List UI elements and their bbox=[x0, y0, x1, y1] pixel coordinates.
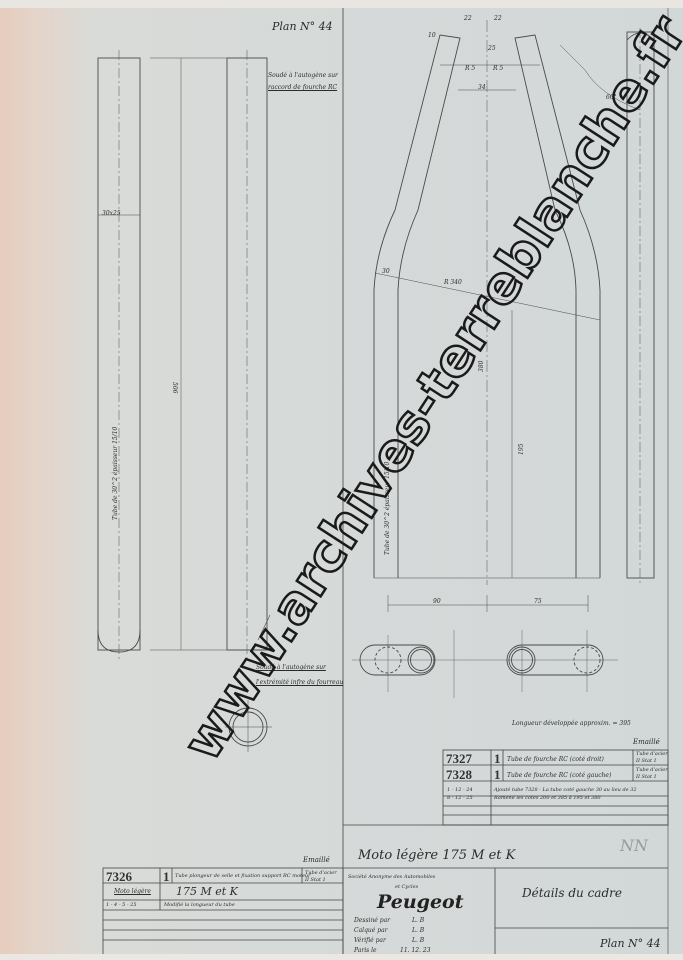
part-material-7328-2: II Stat 1 bbox=[636, 774, 657, 780]
part-qty-7326: 1 bbox=[163, 869, 170, 885]
checked-by-label: Vérifié par bbox=[354, 937, 386, 944]
part-material-7326-1: Tube d'acier bbox=[305, 870, 337, 876]
revision-date-1: 1 - 12 - 24 bbox=[447, 787, 473, 793]
initials-mark: NN bbox=[620, 836, 648, 855]
dim-radius-small-right: R 5 bbox=[493, 65, 503, 72]
traced-by-label: Calqué par bbox=[354, 927, 388, 934]
part-desc-7327: Tube de fourche RC (coté droit) bbox=[507, 756, 604, 763]
dim-side: 10 bbox=[428, 32, 436, 39]
date-label: Paris le bbox=[354, 947, 377, 954]
tube-spec-left: Tube de 30^2 épaisseur 15/10 bbox=[112, 427, 119, 520]
model-label-left: Moto légère bbox=[114, 888, 151, 895]
company-line1: Société Anonyme des Automobiles bbox=[348, 874, 435, 880]
revision-date-2: 8 - 12 - 25 bbox=[447, 795, 473, 801]
plan-number-text: Plan N° 44 bbox=[272, 20, 333, 33]
part-qty-7327: 1 bbox=[494, 751, 501, 767]
dim-width-left: 30x25 bbox=[102, 210, 121, 217]
dim-base-left: 90 bbox=[433, 598, 441, 605]
dim-lower: 195 bbox=[518, 444, 525, 455]
project-title: Moto légère 175 M et K bbox=[358, 848, 515, 863]
revision-note-1: Ajouté tube 7328 - La tube coté gauche 3… bbox=[494, 787, 637, 793]
drawn-by-label: Dessiné par bbox=[354, 917, 390, 924]
dim-radius-small-left: R 5 bbox=[465, 65, 475, 72]
dim-angle-len: 25 bbox=[488, 45, 496, 52]
weld-note-top-line1: Soudé à l'autogène sur bbox=[268, 72, 338, 79]
part-desc-7326: Tube plongeur de selle et fixation suppo… bbox=[175, 873, 311, 879]
part-material-7328-1: Tube d'acier bbox=[636, 767, 668, 773]
finish-header-right: Emaillé bbox=[633, 738, 660, 746]
part-desc-7328: Tube de fourche RC (coté gauche) bbox=[507, 772, 611, 779]
part-ref-7327: 7327 bbox=[446, 751, 472, 767]
brand-logo: Peugeot bbox=[377, 891, 464, 913]
weld-note-top-line2: raccord de fourche RC bbox=[268, 84, 337, 91]
traced-by-value: L. B bbox=[412, 927, 424, 934]
dim-top-right: 22 bbox=[494, 15, 502, 22]
company-line2: et Cycles bbox=[395, 884, 418, 890]
date-value: 11. 12. 23 bbox=[400, 947, 431, 954]
drawing-title: Détails du cadre bbox=[522, 886, 622, 900]
part-ref-7326: 7326 bbox=[106, 869, 132, 885]
checked-by-value: L. B bbox=[412, 937, 424, 944]
dim-length-left: 506 bbox=[171, 382, 178, 393]
plan-number-top: Plan N° 44 bbox=[272, 20, 333, 33]
plan-number-bottom: Plan N° 44 bbox=[600, 937, 661, 950]
developed-length-note: Longueur développée approxim. = 395 bbox=[512, 720, 631, 727]
dim-base-right: 75 bbox=[534, 598, 542, 605]
dim-tube-width: 30 bbox=[382, 268, 390, 275]
part-material-7327-1: Tube d'acier bbox=[636, 751, 668, 757]
drawn-by-value: L. B bbox=[412, 917, 424, 924]
finish-header-left: Emaillé bbox=[303, 856, 330, 864]
part-material-7326-2: II Stat 1 bbox=[305, 877, 326, 883]
part-material-7327-2: II Stat 1 bbox=[636, 758, 657, 764]
revision-note-left: Modifié la longueur du tube bbox=[164, 902, 235, 908]
dim-bottom-inner: 34 bbox=[478, 84, 486, 91]
dim-radius-large: R 340 bbox=[444, 279, 462, 286]
dim-top-left: 22 bbox=[464, 15, 472, 22]
part-ref-7328: 7328 bbox=[446, 767, 472, 783]
drawing-sheet: Plan N° 44 Soudé à l'autogène sur raccor… bbox=[0, 0, 683, 960]
model-value-left: 175 M et K bbox=[176, 885, 238, 898]
part-qty-7328: 1 bbox=[494, 767, 501, 783]
revision-date-left: 1 - 4 - 5 - 25 bbox=[106, 902, 137, 908]
sheet-bottom-edge bbox=[0, 954, 683, 960]
revision-note-2: Ramené les cotes 200 et 385 à 195 et 380 bbox=[494, 795, 601, 801]
